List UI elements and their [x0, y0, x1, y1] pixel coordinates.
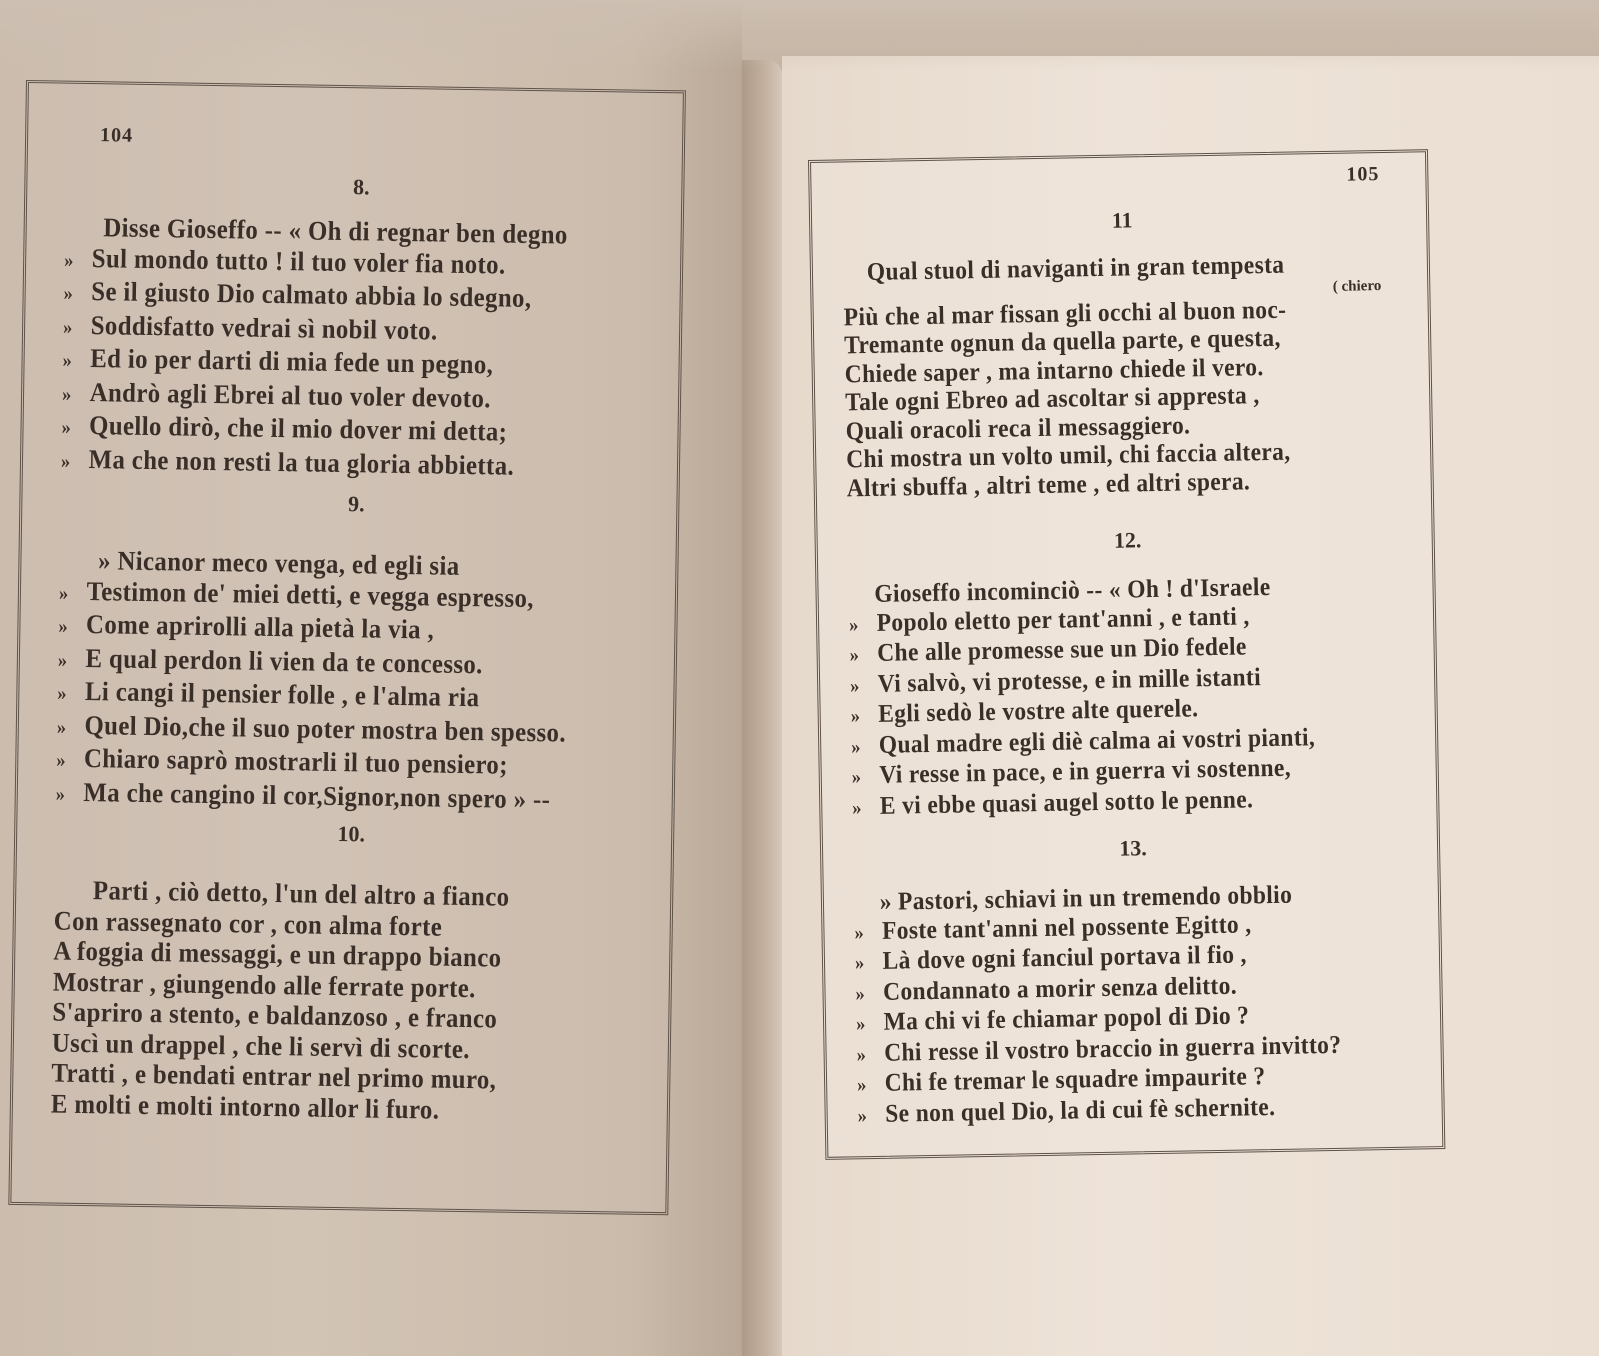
stanza-9: 9. » Nicanor meco venga, ed egli sia »Te… — [56, 489, 653, 819]
stanza-number: 13. — [853, 833, 1413, 865]
stanza-10: 10. Parti , ciò detto, l'un del altro a … — [51, 819, 648, 1128]
stanza-13: 13. » Pastori, schiavi in un tremendo ob… — [853, 833, 1418, 1131]
verse-line: »Ma che non resti la tua gloria abbietta… — [61, 443, 606, 485]
stanza-lines: Disse Gioseffo -- « Oh di regnar ben deg… — [61, 212, 657, 486]
verse-line: »Se non quel Dio, la di cui fè schernite… — [857, 1091, 1373, 1130]
stanza-lines: Parti , ciò detto, l'un del altro a fian… — [51, 875, 647, 1128]
left-page-text-frame: 104 8. Disse Gioseffo -- « Oh di regnar … — [8, 80, 686, 1215]
stanza-lines: Qual stuol di naviganti in gran tempesta… — [843, 249, 1407, 503]
right-page-text-frame: 105 11 Qual stuol di naviganti in gran t… — [808, 149, 1445, 1160]
verse-line: »Ma che cangino il cor,Signor,non spero … — [56, 776, 601, 818]
stanza-12: 12. Gioseffo incominciò -- « Oh ! d'Isra… — [848, 525, 1413, 823]
page-number: 104 — [100, 124, 133, 148]
stanza-number: 12. — [848, 525, 1408, 557]
open-book-spread: 104 8. Disse Gioseffo -- « Oh di regnar … — [0, 0, 1599, 1356]
stanza-lines: » Pastori, schiavi in un tremendo obblio… — [854, 879, 1418, 1131]
stanza-number: 10. — [55, 819, 647, 850]
stanza-11: 11 Qual stuol di naviganti in gran tempe… — [842, 205, 1407, 503]
page-number: 105 — [1346, 163, 1379, 187]
stanza-lines: » Nicanor meco venga, ed egli sia »Testi… — [56, 545, 652, 819]
top-shadow — [0, 0, 1599, 70]
stanza-number: 11 — [842, 205, 1402, 237]
verse-line: »E vi ebbe quasi augel sotto le penne. — [852, 783, 1368, 822]
stanza-number: 8. — [65, 172, 657, 203]
stanza-lines: Gioseffo incominciò -- « Oh ! d'Israele … — [848, 571, 1412, 823]
stanza-8: 8. Disse Gioseffo -- « Oh di regnar ben … — [61, 172, 658, 486]
stanza-number: 9. — [60, 489, 652, 520]
book-gutter — [742, 60, 782, 1356]
